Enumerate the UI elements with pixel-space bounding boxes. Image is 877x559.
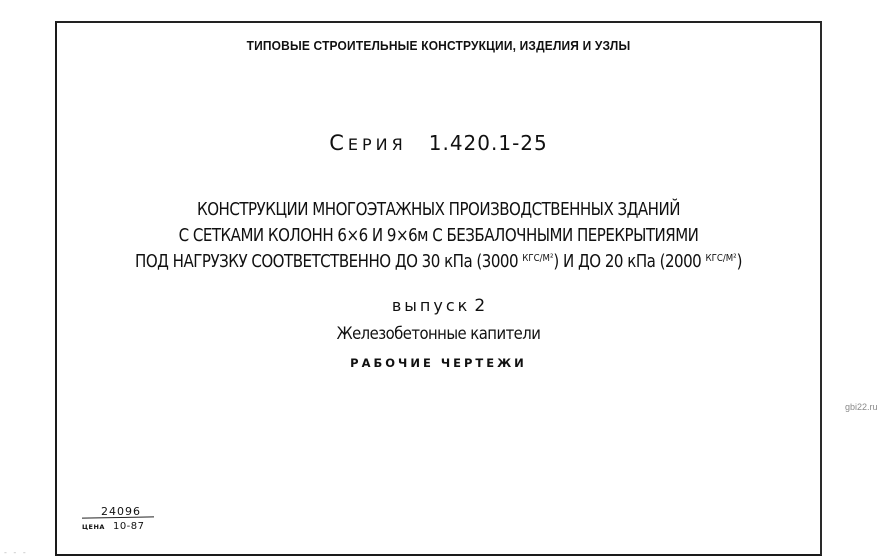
series-number: 1.420.1-25 xyxy=(429,131,548,155)
series-designation: СЕРИЯ1.420.1-25 xyxy=(0,131,877,155)
watermark: gbi22.ru xyxy=(845,402,877,412)
drawings-label: РАБОЧИЕ ЧЕРТЕЖИ xyxy=(0,356,877,370)
series-label: СЕРИЯ xyxy=(329,131,407,155)
title-line-2: С СЕТКАМИ КОЛОНН 6×6 И 9×6м С БЕЗБАЛОЧНЫ… xyxy=(61,226,815,246)
drawing-frame xyxy=(55,21,822,556)
document-header: ТИПОВЫЕ СТРОИТЕЛЬНЫЕ КОНСТРУКЦИИ, ИЗДЕЛИ… xyxy=(35,38,842,53)
price-value: 10-87 xyxy=(113,521,145,532)
catalog-code: 24096 xyxy=(82,506,154,517)
title-line-1: КОНСТРУКЦИИ МНОГОЭТАЖНЫХ ПРОИЗВОДСТВЕННЫ… xyxy=(61,200,815,220)
issue-number: выпуск2 xyxy=(0,296,877,316)
load-unit: КГС/М² xyxy=(522,253,553,264)
price-stamp: 24096 ЦЕНА10-87 xyxy=(82,506,154,532)
price-label: ЦЕНА xyxy=(82,523,105,531)
margin-marks: - - - xyxy=(4,548,28,557)
document-subject: Железобетонные капители xyxy=(44,324,833,343)
title-line-3: ПОД НАГРУЗКУ СООТВЕТСТВЕННО ДО 30 кПа (3… xyxy=(61,252,815,272)
load-unit: КГС/М² xyxy=(705,253,736,264)
